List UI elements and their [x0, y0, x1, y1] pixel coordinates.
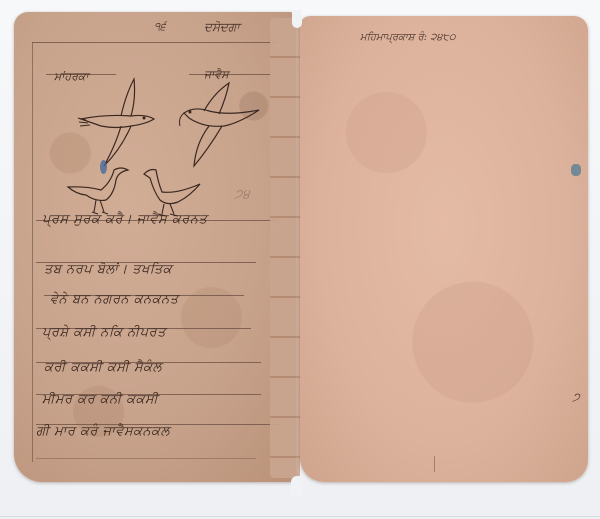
blue-ink-stain	[571, 164, 581, 176]
standing-bird-right-icon	[142, 164, 202, 219]
bottom-edge-line	[0, 516, 600, 517]
manuscript-line-3: ਵੇਨੇ ਬਨ ਨਗਰਨ ਕਨਕਨਤ	[50, 292, 179, 307]
flying-bird-right-icon	[174, 78, 264, 168]
top-frame-rule	[32, 42, 277, 43]
manuscript-line-6: ਮੀਮਰ ਕਰ ਕਨੀ ਕਕਸੀ	[42, 392, 158, 407]
page-number: ੧੬	[154, 20, 166, 34]
spine-tear-top	[292, 10, 302, 28]
page-header-title: ਦਸੋਦਗਾ	[204, 20, 240, 35]
right-label-rule	[189, 74, 274, 75]
manuscript-line-7: ਗੀ ਮਾਰ ਕਰੰ ਜਾਵੈਸਕਨਕਲ	[36, 424, 170, 439]
stitched-spine	[270, 18, 300, 478]
standing-bird-left-icon	[66, 162, 131, 217]
manuscript-line-5: ਕਰੀ ਕਕਸੀ ਕਸੀ ਸੈਕੰਲ	[44, 360, 162, 375]
bottom-tick-mark	[434, 456, 435, 472]
faint-numeral: ੭੪	[234, 187, 250, 202]
flying-bird-left-icon	[76, 74, 161, 169]
blue-ink-blot	[100, 160, 107, 174]
manuscript-line-1: ਪ੍ਰਸ ਸੁਰਕ ਕਰੈ। ਜਾਵੈਸ ਕਰਨਤ	[42, 212, 207, 227]
left-margin-rule	[32, 42, 33, 462]
manuscript-line-4: ਪ੍ਰਸ਼ੇ ਕਸੀ ਨਕਿ ਨੀਪਰਤ	[42, 325, 166, 340]
margin-mark: ੭	[572, 390, 580, 405]
left-manuscript-page: ੧੬ ਦਸੋਦਗਾ ਮਾਂਹਰਕਾ ਜਾਵੈਸ ੭੪ ਪ੍ਰਸ ਸੁਰਕ ਕਰੈ…	[14, 12, 296, 482]
manuscript-line-2: ਤਬ ਨਰਪ ਬੋਲਾਂ। ਤਖਤਿਕ	[44, 262, 172, 277]
text-rule-8	[36, 458, 256, 459]
right-manuscript-page: ਮਹਿਮਾਪ੍ਰਕਾਸ਼ ਰੰ: ੨੪੮੦ ੭	[300, 16, 588, 482]
right-header-note: ਮਹਿਮਾਪ੍ਰਕਾਸ਼ ਰੰ: ੨੪੮੦	[360, 32, 456, 43]
spine-tear-bottom	[291, 476, 303, 496]
